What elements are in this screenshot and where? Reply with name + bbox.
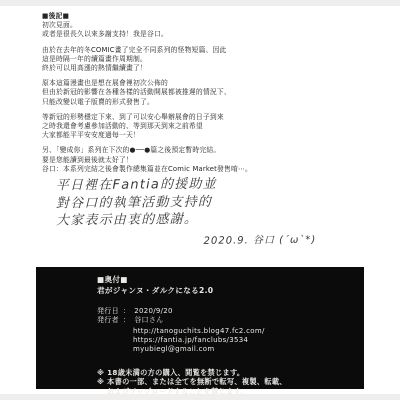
handwritten-note: 平日裡在Fantia的援助並 對谷口的執筆活動支持的 大家表示由衷的感謝。 20… (56, 175, 319, 252)
blog-url: http://tanoguchits.blog47.fc2.com/ (133, 327, 354, 336)
publisher-row: 発行者：谷口さん (97, 316, 354, 325)
afterword-line: 這是時隔一年的續篇畫作周期制。 (42, 55, 372, 64)
colophon-rows: 発行日：2020/9/20 発行者：谷口さん http://tanoguchit… (97, 307, 354, 355)
afterword-line: 由於在去年的冬COMIC畫了完全不同系列的怪物短篇、因此 (42, 46, 372, 55)
colophon-box: ■奥付■ 君がジャンヌ・ダルクになる2.0 発行日：2020/9/20 発行者：… (36, 267, 364, 389)
publish-date-row: 発行日：2020/9/20 (97, 307, 354, 316)
afterword-paragraph: 原本這篇漫畫也是想在展會裡初次公佈的 但由於新冠的影響在各種各樣的活動開展都被推… (42, 79, 372, 107)
afterword-line: 只能改變以電子版賣的形式發售了。 (42, 98, 372, 107)
afterword-line: 之時我還會考慮參加活動的、等到那天到來之前希望 (42, 122, 372, 131)
fantia-url: https://fantia.jp/fanclubs/3534 (133, 336, 354, 345)
email-address: myubiegl@gmail.com (133, 345, 354, 354)
afterword-heading: ■後記■ (42, 12, 372, 21)
afterword-line: 等新冠的形勢穩定下來、到了可以安心舉辦展會的日子到來 (42, 113, 372, 122)
age-warning: ※ 18歳未満の方の購入、閲覧を禁じます。 (97, 368, 354, 377)
publisher-value: 谷口さん (134, 316, 163, 324)
copyright-warning-line2: およびアップロードすることを禁じます。 (97, 387, 354, 396)
legal-warnings: ※ 18歳未満の方の購入、閲覧を禁じます。 ※ 本書の一部、または全てを無断で転… (97, 368, 354, 396)
note-line: 大家表示由衷的感謝。 (56, 210, 318, 230)
afterword-line: 要是您能讀到最後就太好了！ (42, 156, 372, 165)
afterword-line: 谷口：本系列完結之後會製作總集篇並在Comic Market發售唷⋯。 (42, 165, 372, 174)
afterword-paragraph: 另、「變成你」系列在下次的●──●篇之後預定暫時完結。 要是您能讀到最後就太好了… (42, 146, 372, 174)
copyright-warning-line1: ※ 本書の一部、または全てを無断で転写、複製、転載、 (97, 377, 354, 386)
afterword-line: 或者是很長久以來多謝支持！我是谷口。 (42, 30, 372, 39)
publisher-label: 発行者 (97, 316, 119, 324)
afterword-line: 大家都能平平安安度過每一天！ (42, 131, 372, 140)
afterword-paragraph: 由於在去年的冬COMIC畫了完全不同系列的怪物短篇、因此 這是時隔一年的續篇畫作… (42, 46, 372, 74)
publish-date-value: 2020/9/20 (134, 307, 173, 315)
afterword-paragraph: 等新冠的形勢穩定下來、到了可以安心舉辦展會的日子到來 之時我還會考慮參加活動的、… (42, 113, 372, 141)
publish-date-label: 発行日 (97, 307, 119, 315)
afterword-line: 另、「變成你」系列在下次的●──●篇之後預定暫時完結。 (42, 146, 372, 155)
afterword-section: ■後記■ 初次見面。 或者是很長久以來多謝支持！我是谷口。 由於在去年的冬COM… (42, 12, 372, 180)
contact-links: http://tanoguchits.blog47.fc2.com/ https… (133, 327, 354, 355)
label-separator: ： (123, 307, 130, 315)
doujinshi-afterword-page: ■後記■ 初次見面。 或者是很長久以來多謝支持！我是谷口。 由於在去年的冬COM… (0, 0, 400, 400)
afterword-line: 終於可以用高漲的熱情繼續畫了！ (42, 64, 372, 73)
scan-edge-top (0, 0, 400, 6)
label-separator: ： (123, 316, 130, 324)
afterword-line: 但由於新冠的影響在各種各樣的活動開展都被推遲的情況下、 (42, 88, 372, 97)
book-title: 君がジャンヌ・ダルクになる2.0 (97, 286, 354, 295)
afterword-paragraph: 初次見面。 或者是很長久以來多謝支持！我是谷口。 (42, 21, 372, 39)
note-signature: 2020.9. 谷口 (´ω`*) (56, 231, 318, 251)
colophon-header: ■奥付■ (97, 275, 354, 284)
